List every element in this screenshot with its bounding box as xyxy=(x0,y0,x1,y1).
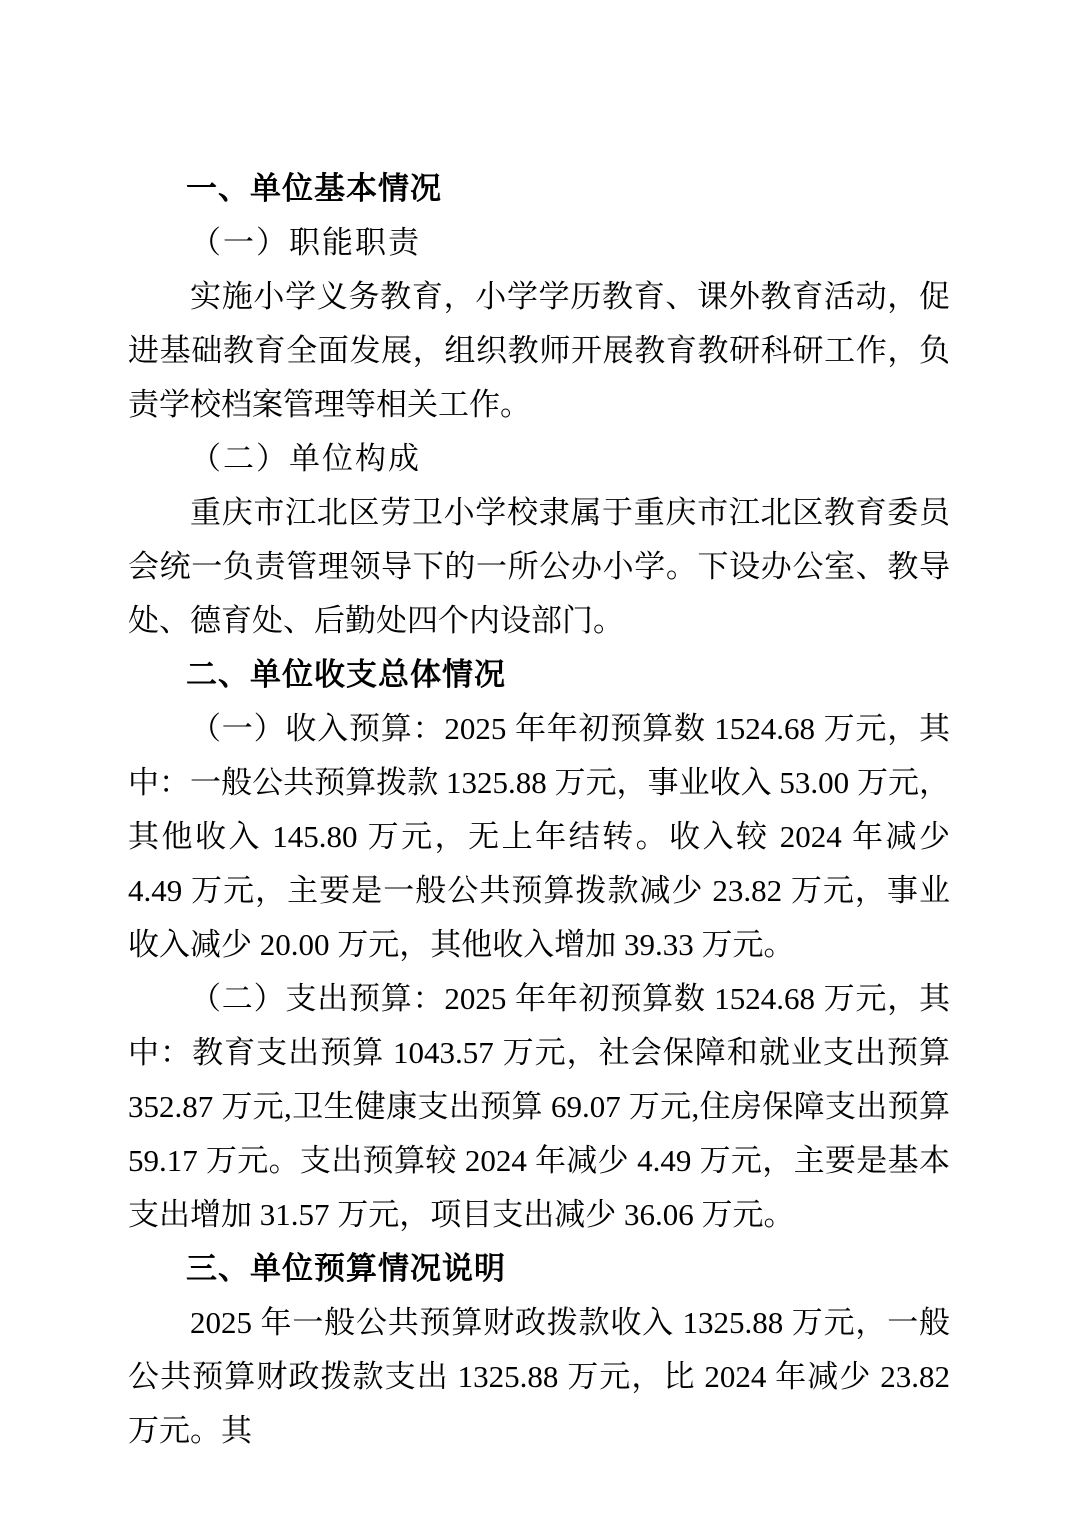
paragraph-unit-composition: 重庆市江北区劳卫小学校隶属于重庆市江北区教育委员会统一负责管理领导下的一所公办小… xyxy=(128,486,950,648)
section-heading-unit-basic-info: 一、单位基本情况 xyxy=(128,162,950,216)
paragraph-expenditure-budget: （二）支出预算：2025 年年初预算数 1524.68 万元，其中：教育支出预算… xyxy=(128,972,950,1242)
section-heading-budget-explanation: 三、单位预算情况说明 xyxy=(128,1242,950,1296)
paragraph-functions-duties: 实施小学义务教育，小学学历教育、课外教育活动，促进基础教育全面发展，组织教师开展… xyxy=(128,270,950,432)
paragraph-income-budget: （一）收入预算：2025 年年初预算数 1524.68 万元，其中：一般公共预算… xyxy=(128,702,950,972)
section-heading-revenue-expenditure-overview: 二、单位收支总体情况 xyxy=(128,648,950,702)
paragraph-budget-explanation: 2025 年一般公共预算财政拨款收入 1325.88 万元，一般公共预算财政拨款… xyxy=(128,1296,950,1458)
document-content: 一、单位基本情况 （一）职能职责 实施小学义务教育，小学学历教育、课外教育活动，… xyxy=(128,162,950,1458)
subheading-unit-composition: （二）单位构成 xyxy=(128,432,950,486)
document-page: 一、单位基本情况 （一）职能职责 实施小学义务教育，小学学历教育、课外教育活动，… xyxy=(0,0,1074,1520)
subheading-functions-duties: （一）职能职责 xyxy=(128,216,950,270)
